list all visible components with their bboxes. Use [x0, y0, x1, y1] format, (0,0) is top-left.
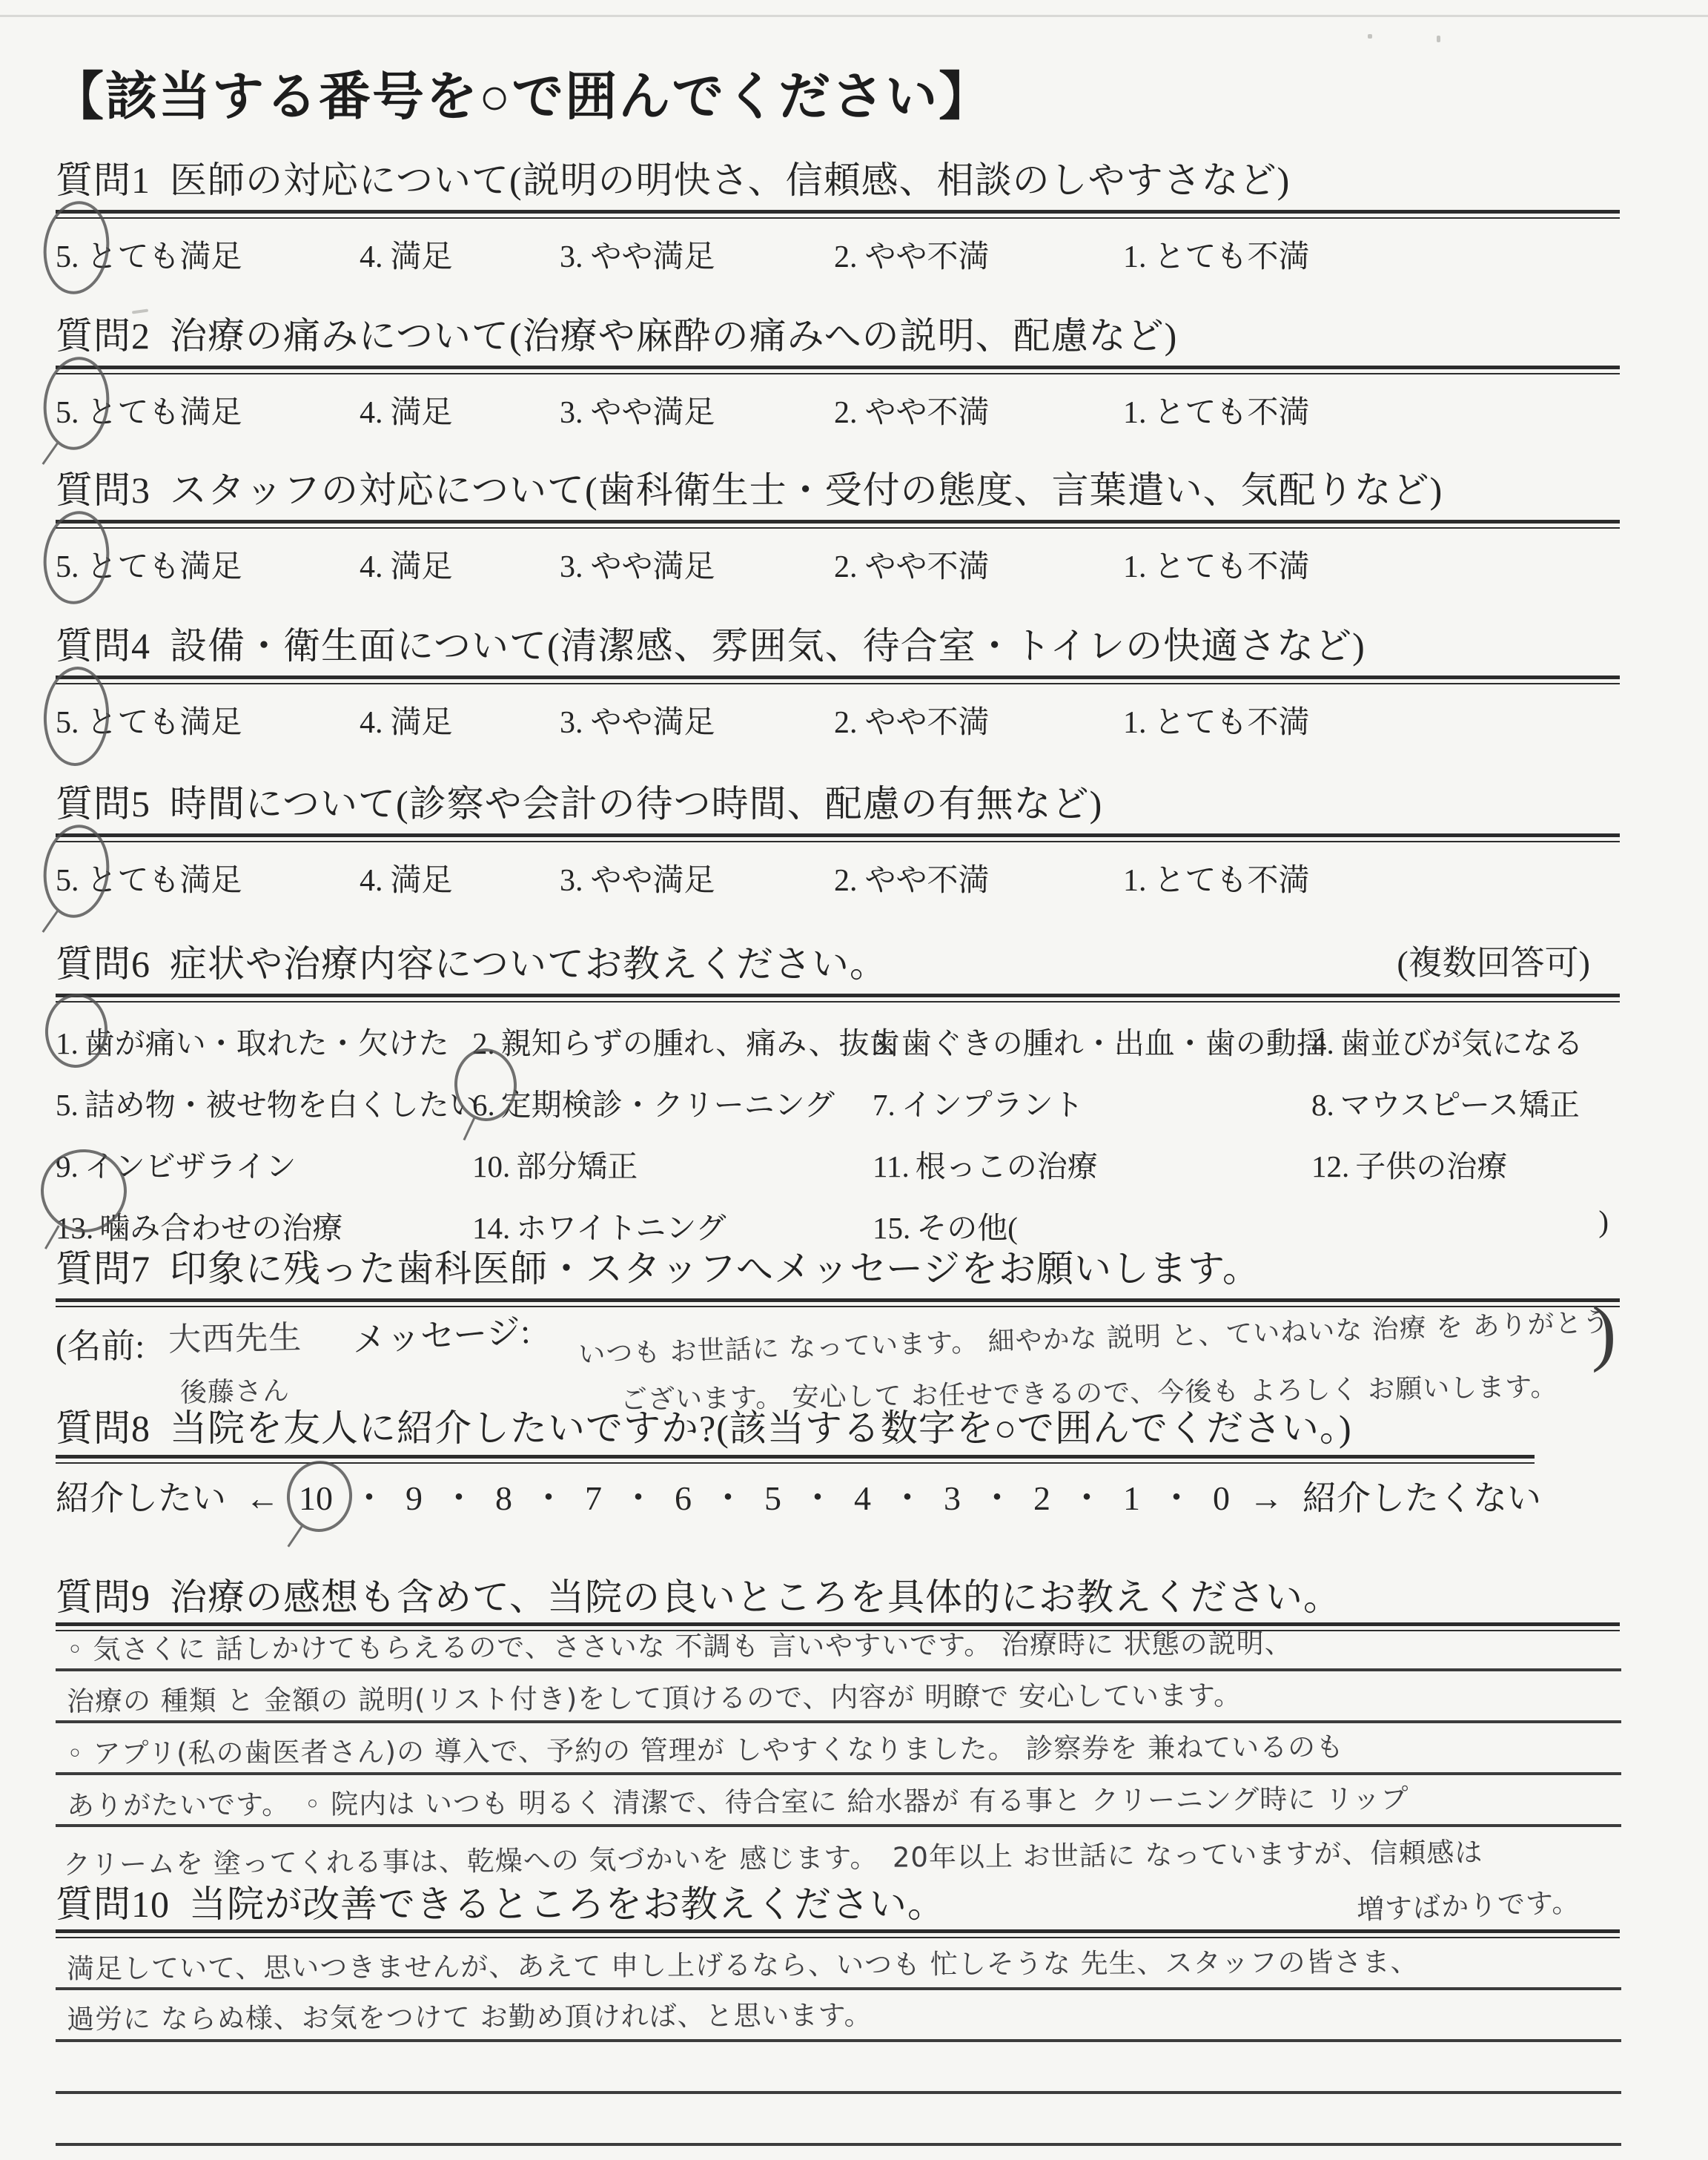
option-number: 5.: [56, 864, 79, 898]
scale-separator: ・: [532, 1471, 566, 1520]
question-number: 質問1: [56, 159, 150, 201]
scale-right-label: 紹介したくない: [1302, 1471, 1541, 1520]
question-number: 質問10: [56, 1883, 170, 1925]
divider-rule: [56, 1298, 1620, 1307]
scale-separator: ・: [352, 1471, 386, 1520]
handwritten-answer: ◦ 気さくに 話しかけてもらえるので、ささいな 不調も 言いやすいです。 治療時…: [67, 1621, 1293, 1668]
nps-scale: 紹介したい ← 10 ・ 9 ・ 8 ・ 7 ・ 6 ・ 5 ・ 4 ・ 3 ・…: [56, 1471, 1649, 1520]
rating-option-5: 5.とても満足: [56, 856, 360, 900]
question-heading: 質問5時間について(診察や会計の待つ時間、配慮の有無など): [56, 783, 1649, 825]
scale-separator: ・: [1070, 1471, 1104, 1520]
option-5: 5.詰め物・被せ物を白くしたい: [56, 1080, 472, 1124]
scan-artifact-speck: [1437, 36, 1440, 42]
option-number: 15.: [873, 1211, 910, 1245]
option-number: 5.: [56, 240, 79, 274]
message-field-label: メッセージ:: [351, 1304, 531, 1362]
question-title: 当院を友人に紹介したいですか?(該当する数字を○で囲んでください。): [170, 1407, 1352, 1449]
question-title: 治療の痛みについて(治療や麻酔の痛みへの説明、配慮など): [170, 315, 1177, 357]
option-label: 歯が痛い・取れた・欠けた: [85, 1026, 449, 1060]
handwritten-answer: ありがたいです。 ◦ 院内は いつも 明るく 清潔で、待合室に 給水器が 有る事…: [67, 1776, 1409, 1823]
divider-rule: [56, 676, 1620, 684]
question-3: 質問3スタッフの対応について(歯科衛生士・受付の態度、言葉遣い、気配りなど) 5…: [56, 469, 1649, 587]
question-heading: 質問9治療の感想も含めて、当院の良いところを具体的にお教えください。: [56, 1576, 1649, 1618]
option-number: 11.: [873, 1149, 910, 1183]
option-number: 14.: [472, 1211, 510, 1245]
option-number: 1.: [1123, 550, 1147, 584]
option-number: 13.: [56, 1211, 93, 1245]
handwritten-answer: 治療の 種類 と 金額の 説明(リスト付き)をして頂けるので、内容が 明瞭で 安…: [67, 1673, 1242, 1719]
question-title: 時間について(診察や会計の待つ時間、配慮の有無など): [170, 783, 1102, 825]
rating-option-5: 5.とても満足: [56, 232, 360, 277]
rating-option-4: 4.満足: [360, 388, 560, 432]
rating-option-1: 1.とても不満: [1123, 542, 1310, 587]
option-number: 6.: [472, 1088, 495, 1122]
option-label: やや満足: [591, 240, 715, 274]
scale-left-label: 紹介したい: [56, 1471, 226, 1520]
option-label: とても満足: [87, 396, 242, 430]
scale-value-4: 4: [854, 1479, 871, 1518]
option-number: 12.: [1311, 1149, 1349, 1183]
divider-rule: [56, 833, 1620, 842]
option-number: 5.: [56, 1088, 79, 1122]
symptom-options-grid: 1.歯が痛い・取れた・欠けた 2.親知らずの腫れ、痛み、抜歯 3.歯ぐきの腫れ・…: [56, 1019, 1649, 1247]
question-heading: 質問10当院が改善できるところをお教えください。 増すばかりです。: [56, 1883, 1649, 1925]
scale-separator: ・: [442, 1471, 476, 1520]
scale-value-6: 6: [675, 1479, 692, 1518]
answer-line: ◦ 気さくに 話しかけてもらえるので、ささいな 不調も 言いやすいです。 治療時…: [56, 1631, 1621, 1671]
scale-value-0: 0: [1213, 1479, 1230, 1518]
option-number: 8.: [1311, 1088, 1334, 1122]
question-7: 質問7印象に残った歯科医師・スタッフへメッセージをお願いします。 (名前: 大西…: [56, 1248, 1649, 1418]
rating-options: 5.とても満足4.満足3.やや満足2.やや不満1.とても不満: [56, 388, 1649, 432]
scan-artifact-line: [0, 15, 1708, 17]
question-title: 印象に残った歯科医師・スタッフへメッセージをお願いします。: [170, 1248, 1260, 1289]
question-heading: 質問4設備・衛生面について(清潔感、雰囲気、待合室・トイレの快適さなど): [56, 625, 1649, 667]
option-label: とても不満: [1154, 240, 1310, 274]
option-label: とても満足: [87, 550, 242, 584]
option-11: 11.根っこの治療: [873, 1142, 1311, 1186]
option-number: 3.: [873, 1026, 896, 1060]
option-number: 7.: [873, 1088, 896, 1122]
option-number: 4.: [360, 396, 383, 430]
option-label: その他(: [916, 1211, 1018, 1245]
option-number: 2.: [834, 396, 858, 430]
option-label: 満足: [391, 550, 453, 584]
option-label: 子供の治療: [1355, 1149, 1507, 1183]
answer-line: ありがたいです。 ◦ 院内は いつも 明るく 清潔で、待合室に 給水器が 有る事…: [56, 1775, 1621, 1827]
scale-value-7: 7: [585, 1479, 602, 1518]
answer-line: ◦ アプリ(私の歯医者さん)の 導入で、予約の 管理が しやすくなりました。 診…: [56, 1723, 1621, 1775]
question-number: 質問4: [56, 625, 150, 667]
option-label: 部分矯正: [516, 1149, 638, 1183]
option-10: 10.部分矯正: [472, 1142, 873, 1186]
question-heading: 質問1医師の対応について(説明の明快さ、信頼感、相談のしやすさなど): [56, 159, 1649, 201]
rating-option-1: 1.とても不満: [1123, 232, 1310, 277]
question-title: 当院が改善できるところをお教えください。: [189, 1883, 945, 1925]
rating-option-2: 2.やや不満: [834, 542, 1123, 587]
option-number: 2.: [834, 550, 858, 584]
question-8: 質問8当院を友人に紹介したいですか?(該当する数字を○で囲んでください。) 紹介…: [56, 1407, 1649, 1520]
option-label: ホワイトニング: [516, 1211, 726, 1245]
option-label: とても不満: [1154, 396, 1310, 430]
answer-line-empty: [56, 2094, 1621, 2146]
option-label: マウスピース矯正: [1340, 1088, 1580, 1122]
question-number: 質問7: [56, 1248, 150, 1289]
question-heading: 質問3スタッフの対応について(歯科衛生士・受付の態度、言葉遣い、気配りなど): [56, 469, 1649, 511]
rating-option-4: 4.満足: [360, 232, 560, 277]
option-3: 3.歯ぐきの腫れ・出血・歯の動揺: [873, 1019, 1311, 1063]
scan-artifact-speck: [132, 308, 148, 314]
name-field-label: (名前:: [56, 1319, 145, 1368]
question-number: 質問9: [56, 1576, 150, 1618]
option-number: 3.: [560, 550, 583, 584]
rating-options: 5.とても満足4.満足3.やや満足2.やや不満1.とても不満: [56, 698, 1649, 742]
page-title: 【該当する番号を○で囲んでください】: [52, 55, 992, 130]
scanned-survey-page: { "colors":{"paper":"#f6f6f3","ink":"#2b…: [0, 0, 1708, 2160]
question-6: 質問6症状や治療内容についてお教えください。 (複数回答可) 1.歯が痛い・取れ…: [56, 936, 1649, 1247]
option-number: 10.: [472, 1149, 510, 1183]
divider-rule: [56, 520, 1620, 529]
option-label: とても満足: [87, 240, 242, 274]
question-title: スタッフの対応について(歯科衛生士・受付の態度、言葉遣い、気配りなど): [170, 469, 1443, 511]
divider-rule: [56, 366, 1620, 374]
option-number: 1.: [1123, 706, 1147, 740]
rating-option-5: 5.とても満足: [56, 698, 360, 742]
option-1: 1.歯が痛い・取れた・欠けた: [56, 1019, 472, 1063]
option-label: やや不満: [865, 864, 990, 898]
scale-separator: ・: [890, 1471, 924, 1520]
option-number: 1.: [56, 1026, 79, 1060]
rating-options: 5.とても満足4.満足3.やや満足2.やや不満1.とても不満: [56, 542, 1649, 587]
answer-line: 過労に ならぬ様、お気をつけて お勤め頂ければ、と思います。: [56, 1990, 1621, 2042]
answer-line: 治療の 種類 と 金額の 説明(リスト付き)をして頂けるので、内容が 明瞭で 安…: [56, 1671, 1621, 1723]
option-label: 満足: [391, 396, 453, 430]
question-5: 質問5時間について(診察や会計の待つ時間、配慮の有無など) 5.とても満足4.満…: [56, 783, 1649, 900]
scan-artifact-speck: [1368, 34, 1372, 39]
option-label: 歯並びが気になる: [1340, 1026, 1583, 1060]
option-label: 満足: [391, 864, 453, 898]
question-number: 質問5: [56, 783, 150, 825]
option-label: やや不満: [865, 706, 990, 740]
rating-option-5: 5.とても満足: [56, 388, 360, 432]
option-label: やや不満: [865, 550, 990, 584]
option-number: 2.: [834, 240, 858, 274]
question-heading: 質問7印象に残った歯科医師・スタッフへメッセージをお願いします。: [56, 1248, 1649, 1289]
handwritten-answer: 満足していて、思いつきませんが、あえて 申し上げるなら、いつも 忙しそうな 先生…: [67, 1939, 1419, 1986]
scale-separator: ・: [1159, 1471, 1194, 1520]
divider-rule: [56, 210, 1620, 219]
option-label: とても不満: [1154, 864, 1310, 898]
rating-option-2: 2.やや不満: [834, 232, 1123, 277]
rating-option-1: 1.とても不満: [1123, 388, 1310, 432]
option-number: 2.: [472, 1026, 495, 1060]
option-number: 3.: [560, 706, 583, 740]
option-14: 14.ホワイトニング: [472, 1203, 873, 1247]
rating-option-3: 3.やや満足: [560, 232, 834, 277]
rating-option-2: 2.やや不満: [834, 698, 1123, 742]
rating-option-4: 4.満足: [360, 856, 560, 900]
option-7: 7.インプラント: [873, 1080, 1311, 1124]
rating-option-2: 2.やや不満: [834, 856, 1123, 900]
handwritten-answer: ◦ アプリ(私の歯医者さん)の 導入で、予約の 管理が しやすくなりました。 診…: [67, 1724, 1344, 1771]
option-2: 2.親知らずの腫れ、痛み、抜歯: [472, 1019, 873, 1063]
scale-value-2: 2: [1033, 1479, 1050, 1518]
handwritten-name-1: 大西先生: [168, 1310, 302, 1360]
option-6: 6.定期検診・クリーニング: [472, 1080, 873, 1124]
rating-option-4: 4.満足: [360, 698, 560, 742]
option-label: やや満足: [591, 706, 715, 740]
question-heading: 質問2治療の痛みについて(治療や麻酔の痛みへの説明、配慮など): [56, 315, 1649, 357]
option-label: 詰め物・被せ物を白くしたい: [85, 1088, 480, 1122]
option-label: インプラント: [901, 1088, 1084, 1122]
option-number: 1.: [1123, 864, 1147, 898]
handwritten-message-line-1: いつも お世話に なっています。 細やかな 説明 と、ていねいな 治療 を あり…: [578, 1301, 1611, 1372]
option-number: 1.: [1123, 240, 1147, 274]
option-label: とても満足: [87, 864, 242, 898]
scale-value-8: 8: [495, 1479, 512, 1518]
answer-line-empty: [56, 2042, 1621, 2094]
scale-value-3: 3: [944, 1479, 961, 1518]
option-8: 8.マウスピース矯正: [1311, 1080, 1649, 1124]
question-9: 質問9治療の感想も含めて、当院の良いところを具体的にお教えください。 ◦ 気さく…: [56, 1576, 1649, 1879]
question-2: 質問2治療の痛みについて(治療や麻酔の痛みへの説明、配慮など) 5.とても満足4…: [56, 315, 1649, 432]
option-label: 根っこの治療: [916, 1149, 1098, 1183]
message-area: (名前: 大西先生 後藤さん メッセージ: いつも お世話に なっています。 細…: [56, 1307, 1649, 1418]
question-number: 質問3: [56, 469, 150, 511]
option-label: やや不満: [865, 396, 990, 430]
option-label: 満足: [391, 706, 453, 740]
multi-answer-note: (複数回答可): [1397, 936, 1620, 985]
rating-option-4: 4.満足: [360, 542, 560, 587]
scale-separator: ・: [980, 1471, 1014, 1520]
question-4: 質問4設備・衛生面について(清潔感、雰囲気、待合室・トイレの快適さなど) 5.と…: [56, 625, 1649, 742]
handwritten-answer: クリームを 塗ってくれる事は、乾燥への 気づかいを 感じます。 20年以上 お世…: [63, 1830, 1483, 1883]
answer-overflow-line: クリームを 塗ってくれる事は、乾燥への 気づかいを 感じます。 20年以上 お世…: [56, 1827, 1621, 1879]
rating-option-5: 5.とても満足: [56, 542, 360, 587]
right-arrow-icon: →: [1249, 1479, 1283, 1518]
option-label: 親知らずの腫れ、痛み、抜歯: [501, 1026, 900, 1060]
option-label: 定期検診・クリーニング: [501, 1088, 835, 1122]
question-1: 質問1医師の対応について(説明の明快さ、信頼感、相談のしやすさなど) 5.とても…: [56, 159, 1649, 277]
option-number: 2.: [834, 864, 858, 898]
option-number: 4.: [360, 706, 383, 740]
option-12: 12.子供の治療: [1311, 1142, 1649, 1186]
option-number: 4.: [1311, 1026, 1334, 1060]
option-9: 9.インビザライン: [56, 1142, 472, 1186]
scale-value-1: 1: [1123, 1479, 1140, 1518]
rating-option-3: 3.やや満足: [560, 388, 834, 432]
question-title: 医師の対応について(説明の明快さ、信頼感、相談のしやすさなど): [170, 159, 1290, 201]
option-number: 2.: [834, 706, 858, 740]
option-label: やや満足: [591, 396, 715, 430]
option-label: やや満足: [591, 550, 715, 584]
question-heading: 質問6症状や治療内容についてお教えください。 (複数回答可): [56, 936, 1620, 985]
handwritten-name-2: 後藤さん: [180, 1370, 291, 1410]
rating-option-3: 3.やや満足: [560, 698, 834, 742]
option-4: 4.歯並びが気になる: [1311, 1019, 1649, 1063]
option-15: 15.その他(: [873, 1203, 1311, 1247]
option-number: 1.: [1123, 396, 1147, 430]
scale-value-9: 9: [406, 1479, 423, 1518]
option-number: 9.: [56, 1149, 79, 1183]
rating-option-2: 2.やや不満: [834, 388, 1123, 432]
question-heading: 質問8当院を友人に紹介したいですか?(該当する数字を○で囲んでください。): [56, 1407, 1649, 1449]
divider-rule: [56, 1455, 1535, 1464]
option-number: 3.: [560, 240, 583, 274]
scale-value-10: 10: [299, 1479, 333, 1518]
left-arrow-icon: ←: [245, 1479, 279, 1518]
option-label: とても満足: [87, 706, 242, 740]
rating-option-1: 1.とても不満: [1123, 698, 1310, 742]
answer-line: 満足していて、思いつきませんが、あえて 申し上げるなら、いつも 忙しそうな 先生…: [56, 1938, 1621, 1990]
question-title: 症状や治療内容についてお教えください。: [170, 943, 887, 985]
option-number: 4.: [360, 550, 383, 584]
close-paren: ): [1592, 1289, 1616, 1375]
option-label: インビザライン: [85, 1149, 297, 1183]
divider-rule: [56, 1929, 1620, 1938]
scale-separator: ・: [801, 1471, 835, 1520]
option-label: とても不満: [1154, 706, 1310, 740]
rating-option-1: 1.とても不満: [1123, 856, 1310, 900]
other-close-paren: ): [1598, 1203, 1649, 1247]
option-number: 3.: [560, 864, 583, 898]
option-number: 4.: [360, 864, 383, 898]
option-13: 13.噛み合わせの治療: [56, 1203, 472, 1247]
option-label: とても不満: [1154, 550, 1310, 584]
option-label: やや不満: [865, 240, 990, 274]
scale-separator: ・: [621, 1471, 655, 1520]
scale-value-5: 5: [764, 1479, 781, 1518]
handwritten-q9-overflow: 増すばかりです。: [1356, 1880, 1580, 1927]
rating-option-3: 3.やや満足: [560, 542, 834, 587]
option-label: やや満足: [591, 864, 715, 898]
question-number: 質問6: [56, 943, 150, 985]
option-label: 噛み合わせの治療: [99, 1211, 342, 1245]
handwritten-answer: 過労に ならぬ様、お気をつけて お勤め頂ければ、と思います。: [67, 1992, 873, 2037]
option-number: 4.: [360, 240, 383, 274]
divider-rule: [56, 994, 1620, 1003]
option-number: 5.: [56, 706, 79, 740]
scale-separator: ・: [711, 1471, 745, 1520]
question-10: 質問10当院が改善できるところをお教えください。 増すばかりです。 満足していて…: [56, 1883, 1649, 2146]
option-number: 3.: [560, 396, 583, 430]
option-label: 歯ぐきの腫れ・出血・歯の動揺: [901, 1026, 1327, 1060]
rating-option-3: 3.やや満足: [560, 856, 834, 900]
option-number: 5.: [56, 396, 79, 430]
option-number: 5.: [56, 550, 79, 584]
question-title: 設備・衛生面について(清潔感、雰囲気、待合室・トイレの快適さなど): [170, 625, 1366, 667]
question-title: 治療の感想も含めて、当院の良いところを具体的にお教えください。: [170, 1576, 1341, 1618]
question-number: 質問8: [56, 1407, 150, 1449]
option-label: 満足: [391, 240, 453, 274]
question-number: 質問2: [56, 315, 150, 357]
rating-options: 5.とても満足4.満足3.やや満足2.やや不満1.とても不満: [56, 856, 1649, 900]
rating-options: 5.とても満足4.満足3.やや満足2.やや不満1.とても不満: [56, 232, 1649, 277]
